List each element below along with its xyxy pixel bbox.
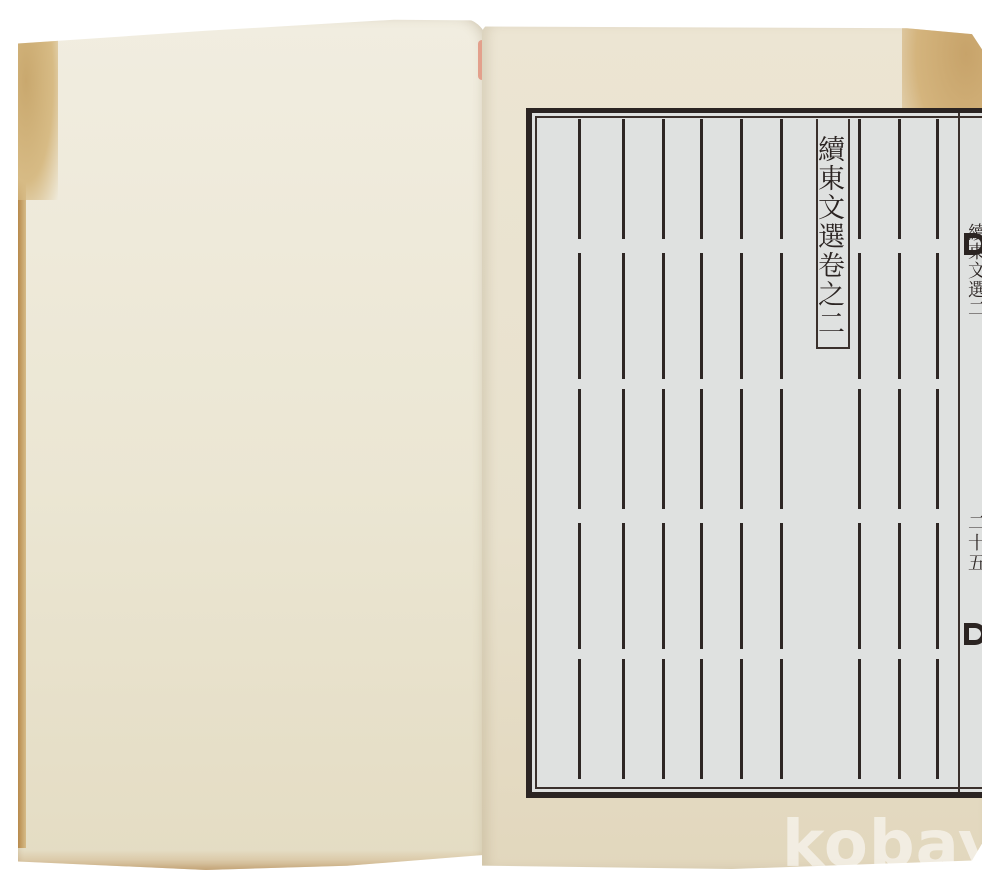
- woodblock-print-frame: 續東文選卷之二 續東文選二 二十五: [526, 108, 982, 798]
- right-printed-page: 續東文選卷之二 續東文選二 二十五: [482, 24, 982, 869]
- column-rule: [700, 119, 703, 786]
- left-blank-page: [18, 18, 488, 870]
- column-rule: [622, 119, 625, 786]
- column-rule: [662, 119, 665, 786]
- column-rule: [578, 119, 581, 786]
- water-stain-top-left: [18, 30, 58, 200]
- fold-title: 續東文選二: [962, 223, 988, 318]
- watermark: kobay: [782, 808, 1000, 882]
- column-rule: [898, 119, 901, 786]
- fold-page-number: 二十五: [962, 513, 988, 573]
- volume-title: 續東文選卷之二: [816, 119, 850, 349]
- center-fold-column: 續東文選二 二十五: [958, 113, 988, 792]
- lower-fishtail-mark-icon: [964, 623, 986, 645]
- column-rule: [780, 119, 783, 786]
- column-rule: [740, 119, 743, 786]
- inner-frame-border: [535, 116, 982, 789]
- column-rule: [936, 119, 939, 786]
- water-stain-bottom-left: [18, 850, 488, 870]
- column-rule: [858, 119, 861, 786]
